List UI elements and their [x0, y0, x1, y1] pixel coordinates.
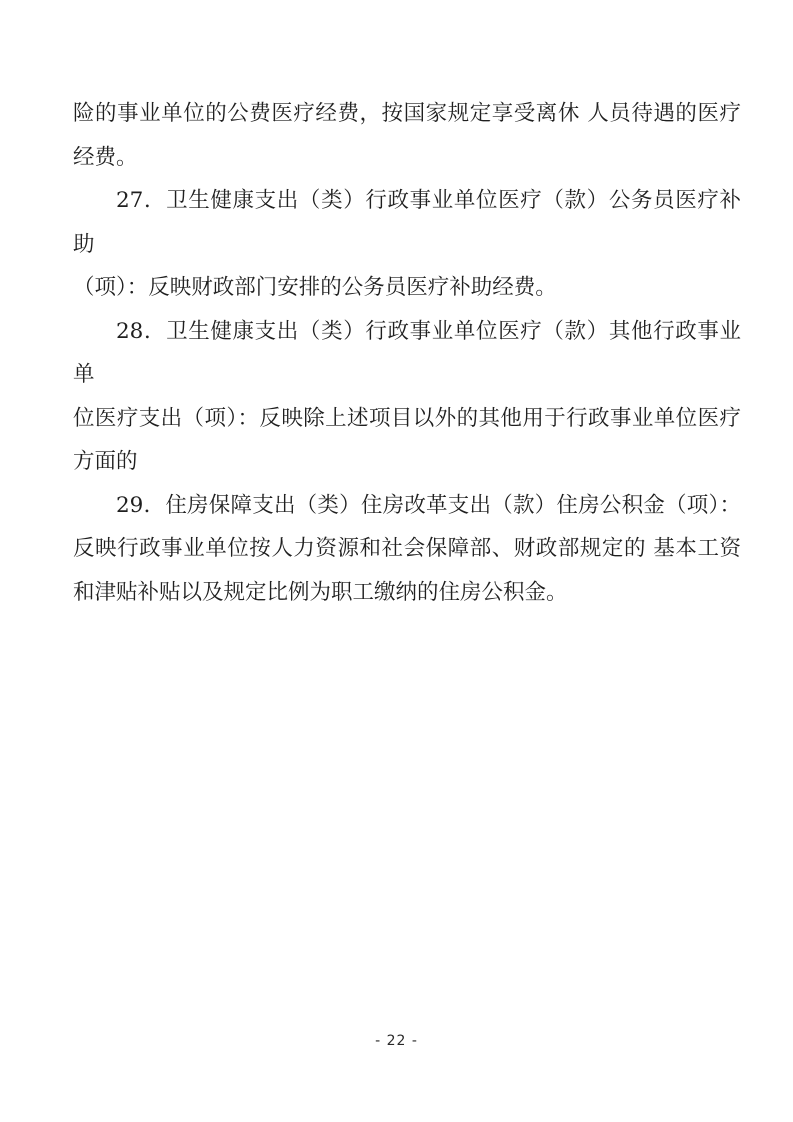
text-line: 反映行政事业单位按人力资源和社会保障部、财政部规定的 基本工资 [73, 527, 741, 571]
document-body: 险的事业单位的公费医疗经费，按国家规定享受离休 人员待遇的医疗经费。27．卫生健… [73, 92, 741, 614]
text-line: 位医疗支出（项）：反映除上述项目以外的其他用于行政事业单位医疗 [73, 397, 741, 441]
page-number: - 22 - [0, 1031, 793, 1051]
text-line: 经费。 [73, 136, 741, 180]
text-line: 和津贴补贴以及规定比例为职工缴纳的住房公积金。 [73, 571, 741, 615]
text-line: 方面的 [73, 440, 741, 484]
text-line: （项）：反映财政部门安排的公务员医疗补助经费。 [73, 266, 741, 310]
text-line: 27．卫生健康支出（类）行政事业单位医疗（款）公务员医疗补助 [73, 179, 741, 266]
text-line: 险的事业单位的公费医疗经费，按国家规定享受离休 人员待遇的医疗 [73, 92, 741, 136]
text-line: 29．住房保障支出（类）住房改革支出（款）住房公积金（项）： [73, 484, 741, 528]
document-page: 险的事业单位的公费医疗经费，按国家规定享受离休 人员待遇的医疗经费。27．卫生健… [0, 0, 793, 1122]
text-line: 28．卫生健康支出（类）行政事业单位医疗（款）其他行政事业单 [73, 310, 741, 397]
